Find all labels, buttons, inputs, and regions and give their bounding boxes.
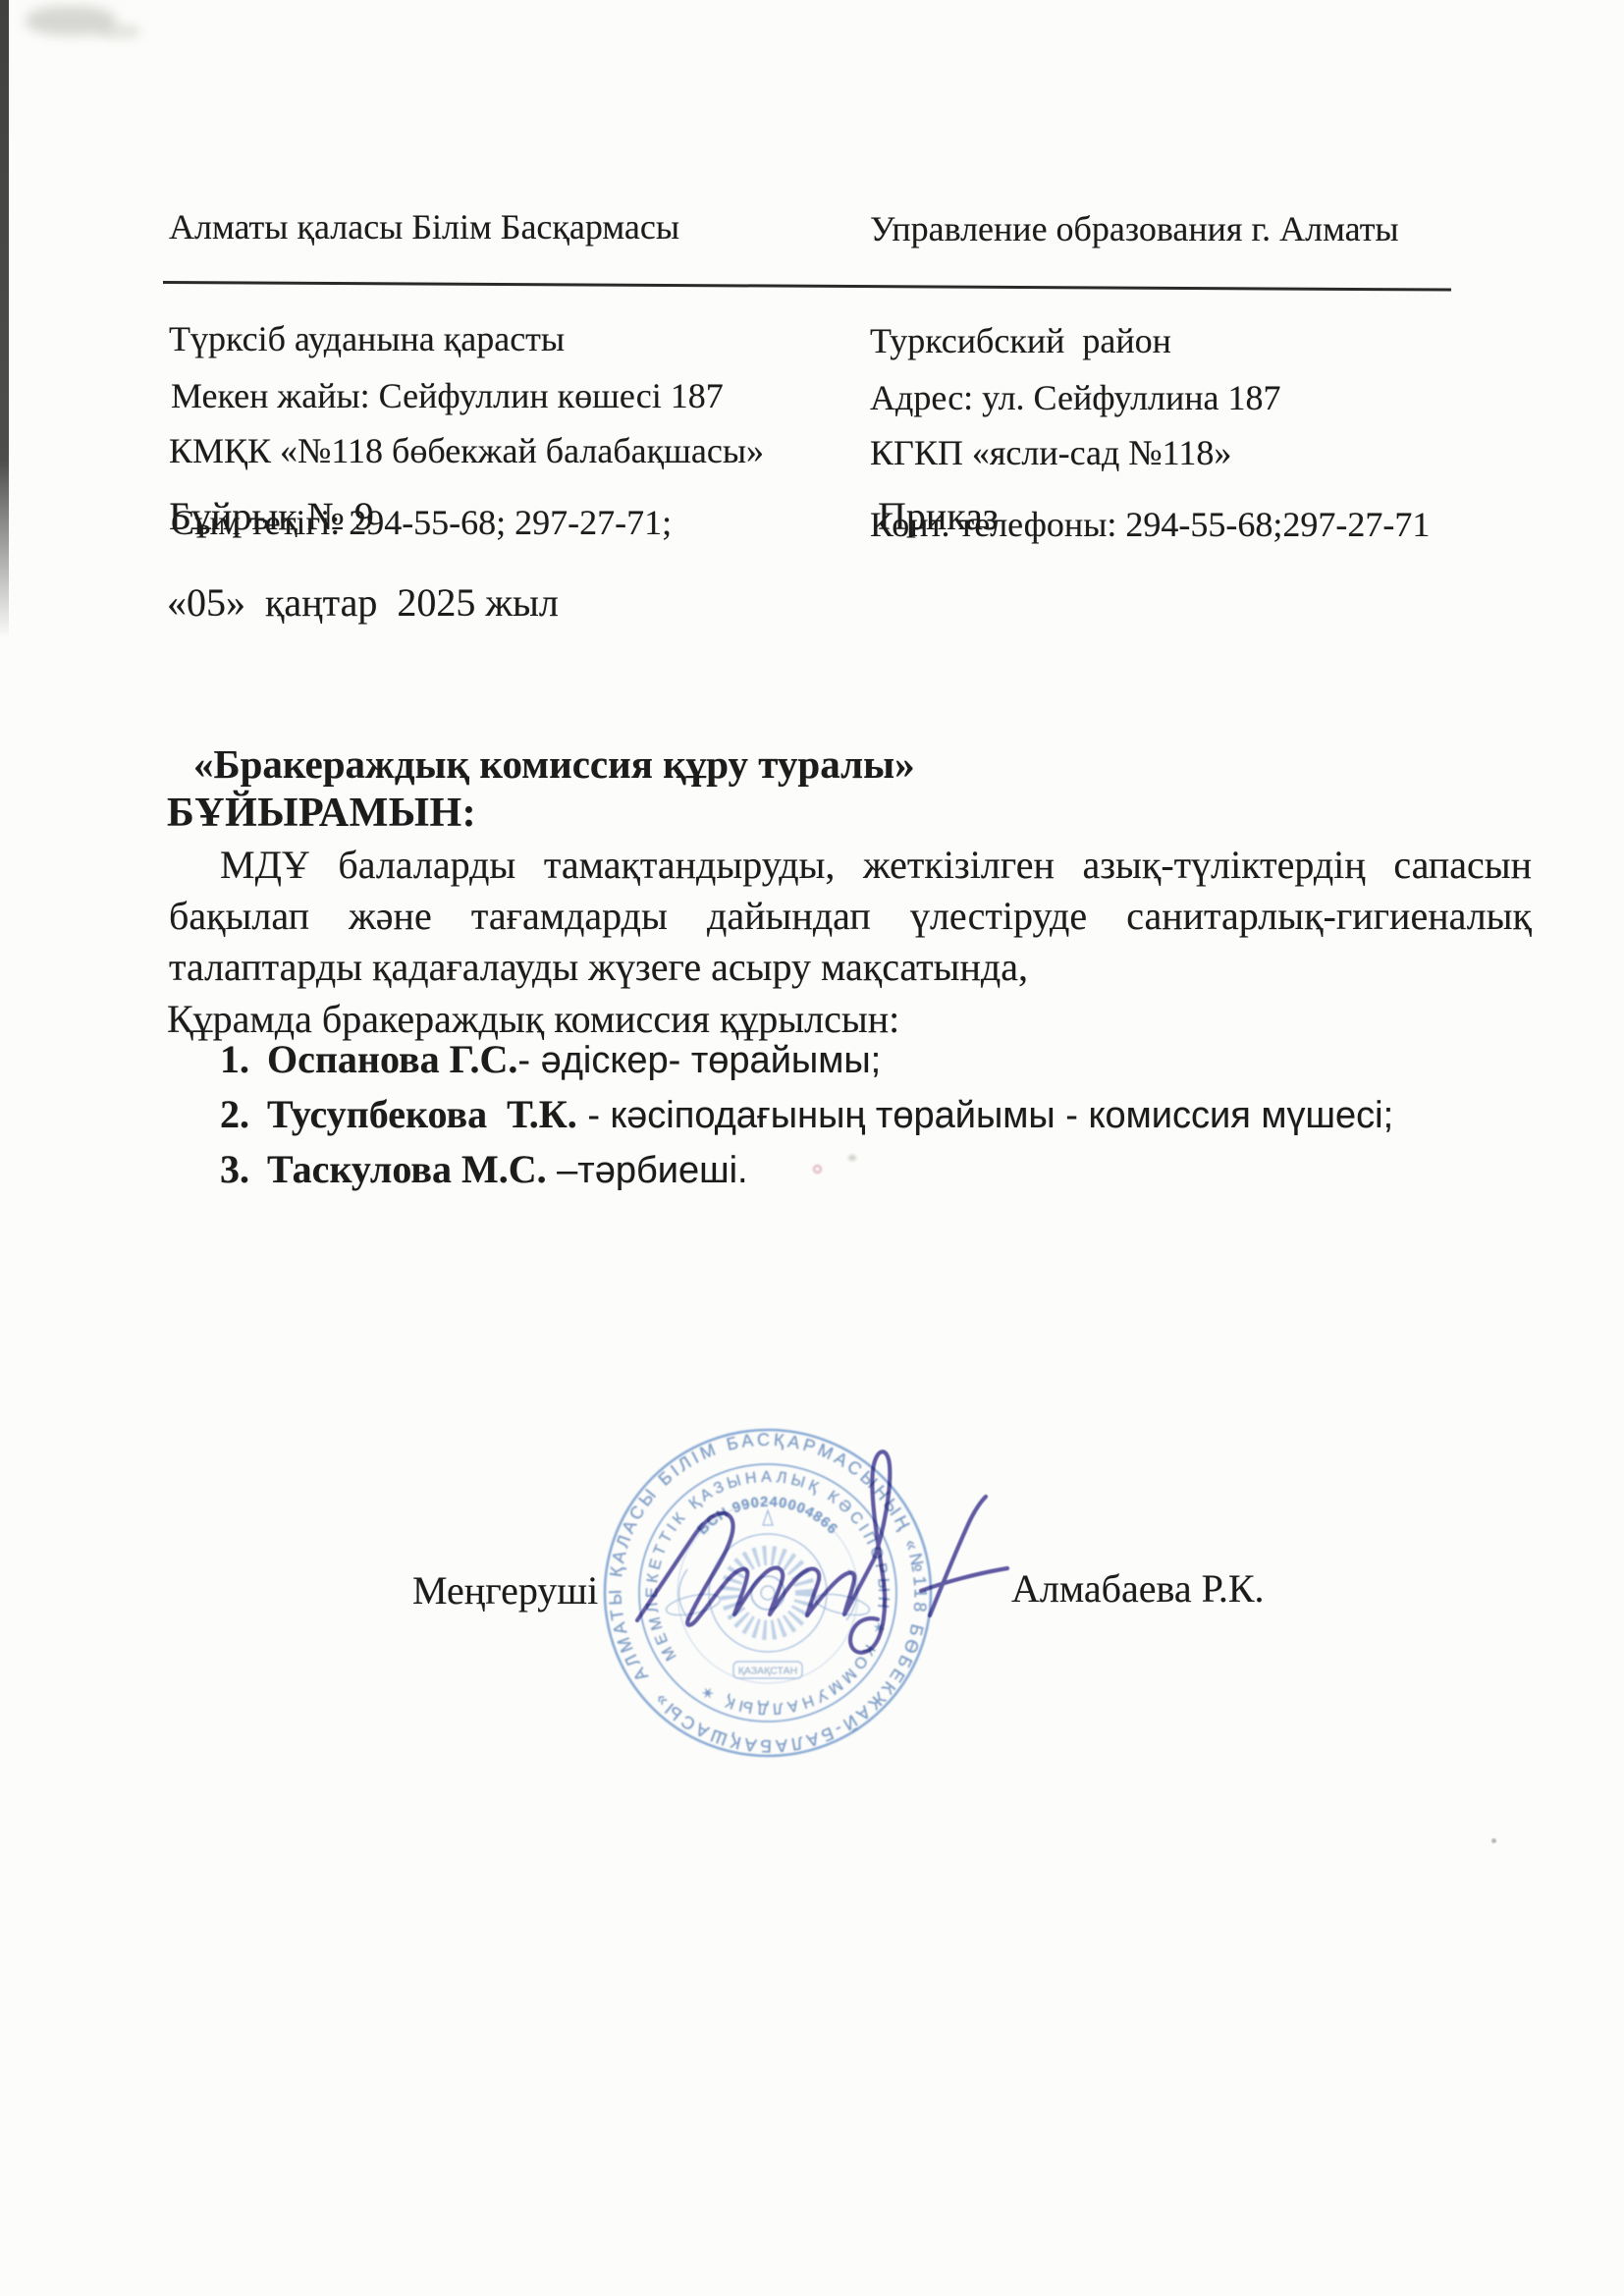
order-date: «05» қаңтар 2025 жыл — [167, 579, 559, 626]
scan-edge-artifact — [0, 0, 9, 638]
scanned-order-document: Алматы қаласы Білім Басқармасы Түрксіб а… — [0, 0, 1624, 2296]
decree-heading: БҰЙЫРАМЫН: — [167, 790, 476, 837]
commission-members-list: 1.Оспанова Г.С.- әдіскер- төрайымы; 2.Ту… — [169, 1039, 1543, 1204]
order-title: «Бракераждық комиссия құру туралы» — [193, 740, 915, 788]
letterhead-kk-line: Алматы қаласы Білім Басқармасы — [169, 208, 856, 246]
member-name: Тусупбекова Т.К. — [267, 1092, 577, 1136]
member-role: –тәрбиеші. — [547, 1150, 748, 1191]
order-body-line: МДҰ балаларды тамақтандыруды, жеткізілге… — [169, 840, 1532, 891]
order-number-ru: Приказ — [878, 493, 999, 539]
member-role: - кәсіподағының төрайымы - комиссия мүше… — [577, 1095, 1393, 1136]
member-name: Таскулова М.С. — [267, 1147, 547, 1191]
order-body-line: талаптарды қадағалауды жүзеге асыру мақс… — [169, 942, 1532, 993]
order-number-kk: Бұйрық № 9 — [169, 493, 374, 539]
member-number: 3. — [220, 1149, 267, 1190]
member-number: 2. — [220, 1094, 267, 1135]
signature-stroke-main — [637, 1451, 890, 1653]
member-row: 2.Тусупбекова Т.К. - кәсіподағының төрай… — [169, 1094, 1543, 1136]
member-number: 1. — [220, 1039, 267, 1080]
member-row: 3.Таскулова М.С. –тәрбиеші. — [169, 1149, 1543, 1191]
member-row: 1.Оспанова Г.С.- әдіскер- төрайымы; — [169, 1039, 1543, 1081]
address-kk: Мекен жайы: Сейфуллин көшесі 187 — [171, 375, 858, 417]
contacts-russian: Адрес: ул. Сейфуллина 187 Конт. телефоны… — [870, 293, 1577, 630]
letterhead-ru-line: Управление образования г. Алматы — [870, 210, 1577, 247]
signer-name: Алмабаева Р.К. — [1011, 1565, 1265, 1612]
contacts-kazakh: Мекен жайы: Сейфуллин көшесі 187 Сым тет… — [171, 291, 858, 629]
member-name: Оспанова Г.С. — [267, 1037, 517, 1081]
signature-ink — [619, 1414, 1031, 1689]
commission-intro: Құрамда бракераждық комиссия құрылсын: — [167, 996, 899, 1042]
address-ru: Адрес: ул. Сейфуллина 187 — [870, 377, 1577, 419]
scan-smudge — [96, 24, 141, 39]
signer-position: Меңгеруші — [412, 1567, 598, 1613]
member-role: - әдіскер- төрайымы; — [517, 1040, 881, 1081]
order-body: МДҰ балаларды тамақтандыруды, жеткізілге… — [169, 840, 1532, 993]
ink-speck — [1491, 1838, 1496, 1843]
signature-stroke-dash — [921, 1568, 1007, 1591]
signature-stroke-slash — [930, 1497, 986, 1615]
order-body-line: бақылап және тағамдарды дайындап үлестір… — [169, 891, 1532, 942]
